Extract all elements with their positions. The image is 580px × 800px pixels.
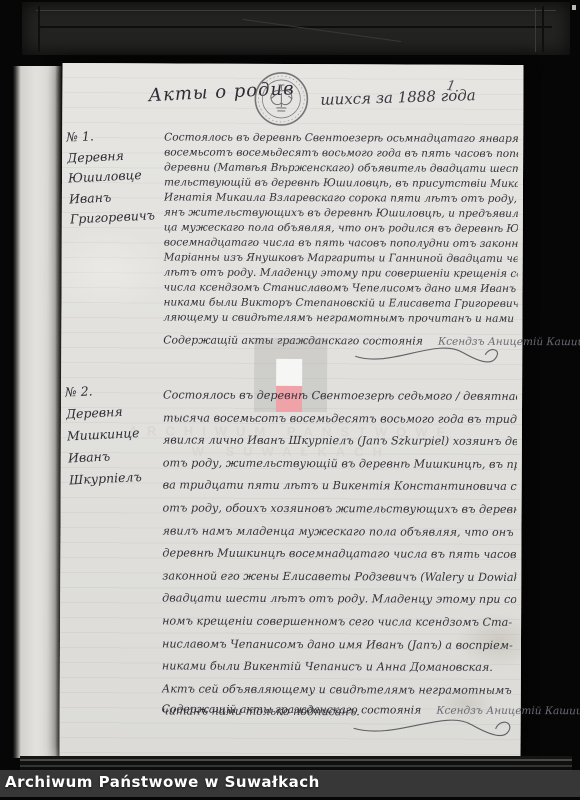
handwriting-line: янъ жительствующихъ въ деревнѣ Юшиловцѣ,… [164,205,518,222]
cover-frame-line [535,8,536,52]
entry-2-margin-annotation: № 2.ДеревняМишкинцеИванъШкурпіелъ [64,377,165,491]
handwriting-line: отъ роду, жительствующій въ деревнѣ Мишк… [163,452,517,476]
archive-name-label: Archiwum Państwowe w Suwałkach [5,773,320,791]
handwriting-line: Шкурпіелъ [69,465,166,492]
signature-flourish-icon [350,710,515,751]
book-page-edges-left [13,66,62,758]
manuscript-page: Акты о родив шихся за 1888 года 1. № 1.Д… [59,63,523,759]
handwriting-line: Маріанны изъ Янушковъ Маргариты и Ганнин… [164,250,518,267]
flag-white-stripe [276,359,302,386]
double-eagle-emblem [270,85,292,111]
cover-frame-line [542,6,544,52]
handwriting-line: ца мужескаго пола объявляя, что онъ роди… [164,220,518,237]
handwriting-line: Григоревичъ [70,205,167,230]
handwriting-line: числа ксендзомъ Станиславомъ Чепелисомъ … [164,280,518,297]
handwriting-line: явилъ намъ младенца мужескаго пола объяв… [162,520,516,544]
entry-1-body-text: Состоялось въ деревнѣ Свентоезерѣ осьмна… [163,130,518,327]
handwriting-line: отъ роду, обоихъ хозяиновъ жительствующи… [163,497,517,521]
scanned-register-page: Акты о родив шихся за 1888 года 1. № 1.Д… [0,0,580,800]
handwriting-line: ляющему и свидѣтелямъ неграмотнымъ прочи… [163,310,517,327]
pencil-page-number: 1. [445,78,461,96]
signature-flourish-icon [351,340,501,375]
parish-seal-icon [252,70,310,128]
archive-name-band: Archiwum Państwowe w Suwałkach [0,770,580,797]
handwriting-line: ниславомъ Чепанисомъ дано имя Иванъ (Jan… [162,633,516,657]
handwriting-line: никами были Викторъ Степановскій и Елиса… [163,295,517,312]
cover-frame-line [38,6,40,52]
entry-2-body-text: Состоялось въ деревнѣ Свентоезерѣ седьмо… [162,384,517,724]
handwriting-line: деревни (Матвѣя Вѣрженскаго) объявитель … [164,160,518,177]
handwriting-line: восемьсотъ восемьдесятъ восьмого года въ… [164,145,518,162]
handwriting-line: двадцати шести лѣтъ отъ роду. Младенцу э… [162,588,516,612]
handwriting-line: законной его жены Елисаветы Родзевичъ (W… [162,565,516,589]
handwriting-line: деревнѣ Мишкинцѣ восемнадцатаго числа въ… [162,543,516,567]
handwriting-line: явился лично Иванъ Шкурпіелъ (Janъ Szkur… [163,430,517,454]
handwriting-line: Состоялось въ деревнѣ Свентоезерѣ седьмо… [163,384,517,408]
cover-scratch [243,19,402,42]
entry-1-margin-annotation: № 1.ДеревняЮшиловцеИванъГригоревичъ [66,123,167,230]
handwriting-line: ва тридцати пяти лѣтъ и Викентія Констан… [163,475,517,499]
handwriting-line: тысяча восемьсотъ восемьдесятъ восьмого … [163,407,517,431]
handwriting-line: лѣтъ отъ роду. Младенцу этому при соверш… [164,265,518,282]
book-bottom-edge [20,756,572,771]
handwriting-line: тельствующій въ деревнѣ Юшиловцѣ, въ при… [164,175,518,192]
handwriting-line: Состоялось въ деревнѣ Свентоезерѣ осьмна… [164,130,518,147]
scan-speck [572,5,576,10]
handwriting-line: номъ крещеніи совершенномъ сего числа кс… [162,610,516,634]
handwriting-line: восемнадцатаго числа въ пять часовъ попо… [164,235,518,252]
handwriting-line: никами были Викентій Чепанисъ и Анна Дом… [162,656,516,680]
book-cover-top-edge [22,2,570,55]
handwriting-line: Игнатія Микаила Взларевскаго сорока пяти… [164,190,518,207]
cover-frame-line [36,10,556,11]
